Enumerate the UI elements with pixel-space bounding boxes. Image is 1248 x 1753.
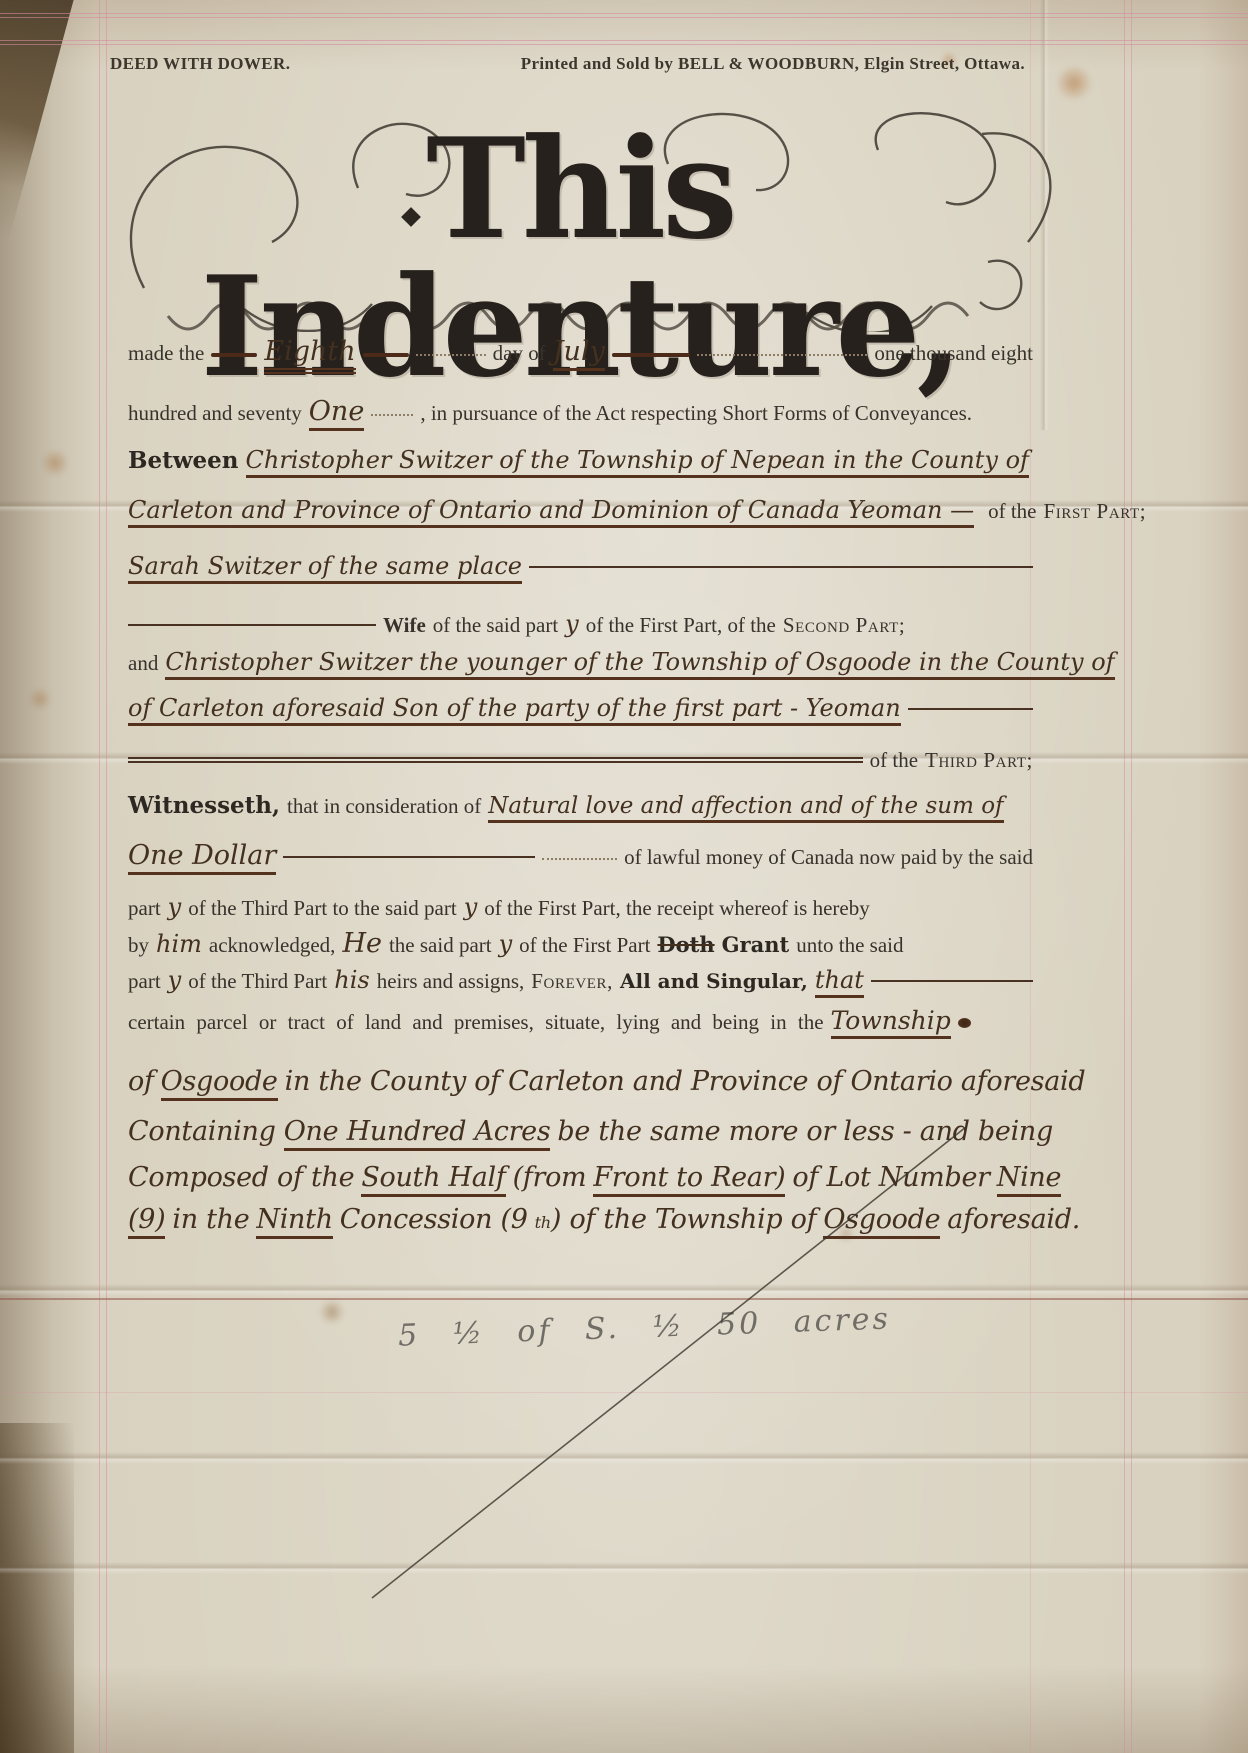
heirs-clause: heirs and assigns, xyxy=(377,969,525,994)
of-the-label: of the xyxy=(988,499,1036,524)
ink-rule xyxy=(283,854,535,858)
hw-more-or-less: be the same more or less - and being xyxy=(557,1116,1053,1147)
fold-crease xyxy=(0,1562,1248,1574)
form-type-label: DEED WITH DOWER. xyxy=(110,54,290,74)
lawful-money-clause: of lawful money of Canada now paid by th… xyxy=(624,845,1033,870)
fold-crease xyxy=(0,1452,1248,1464)
rust-stain xyxy=(318,1300,346,1324)
ruled-line-horizontal xyxy=(0,44,1248,45)
month-value: July xyxy=(553,336,605,371)
second-party-line: Sarah Switzer of the same place xyxy=(128,552,1040,584)
forever-label: Forever, xyxy=(531,969,613,994)
day-value: Eighth xyxy=(264,336,355,374)
witnesseth-line: Witnesseth, that in consideration of Nat… xyxy=(128,792,1040,823)
hw-containing: Containing xyxy=(128,1116,277,1147)
heirs-line: part y of the Third Part his heirs and a… xyxy=(128,966,1040,998)
title-block: This Indenture, xyxy=(108,92,1052,332)
fold-crease xyxy=(0,1284,1248,1296)
first-party-line-2: Carleton and Province of Ontario and Dom… xyxy=(128,496,1040,528)
ink-blot xyxy=(958,1018,971,1028)
handwritten-y: y xyxy=(464,893,478,921)
description-line-2: Containing One Hundred Acres be the same… xyxy=(128,1116,1060,1151)
ruled-line-vertical xyxy=(106,0,107,1753)
hw-one-hundred-acres: One Hundred Acres xyxy=(284,1116,551,1151)
handwritten-township: Township xyxy=(831,1006,951,1039)
part-label: part xyxy=(128,896,161,921)
ruled-line-vertical xyxy=(99,0,100,1753)
section-rule xyxy=(0,1298,1248,1300)
unto-clause: unto the said xyxy=(796,933,903,958)
rust-stain xyxy=(1054,66,1094,100)
receipt-line: part y of the Third Part to the said par… xyxy=(128,893,1040,921)
third-to-first-clause: of the Third Part to the said part xyxy=(188,896,456,921)
dotted-rule xyxy=(542,856,617,860)
all-singular-label: All and Singular, xyxy=(620,969,808,993)
third-party-line-1: and Christopher Switzer the younger of t… xyxy=(128,648,1040,680)
by-label: by xyxy=(128,933,149,958)
year-value: One xyxy=(309,396,365,431)
first-part-label: First Part; xyxy=(1044,499,1147,524)
first-party-residence: Carleton and Province of Ontario and Dom… xyxy=(128,496,974,528)
ruled-line-vertical xyxy=(1131,0,1132,1753)
handwritten-y: y xyxy=(499,930,513,958)
hw-lot-9: (9) xyxy=(128,1204,165,1239)
handwritten-him: him xyxy=(156,930,202,958)
grant-label: Grant xyxy=(722,932,790,957)
dotted-rule xyxy=(697,352,868,356)
receipt-clause: of the First Part, the receipt whereof i… xyxy=(484,896,869,921)
ruled-line-horizontal xyxy=(0,40,1248,41)
pencil-note: 5 ½ of S. ½ 50 acres xyxy=(398,1301,892,1353)
ink-rule xyxy=(908,706,1033,710)
and-label: and xyxy=(128,651,158,676)
hw-concession: Concession (9 xyxy=(340,1204,528,1235)
handwritten-y: y xyxy=(168,966,182,994)
hw-nine: Nine xyxy=(997,1162,1061,1197)
ink-dash xyxy=(211,353,257,357)
torn-corner-bottom-left xyxy=(0,1423,74,1753)
description-line-3: Composed of the South Half (from Front t… xyxy=(128,1162,1060,1197)
handwritten-y: y xyxy=(168,893,182,921)
deed-document-page: DEED WITH DOWER. Printed and Sold by BEL… xyxy=(0,0,1248,1753)
printer-imprint: Printed and Sold by BELL & WOODBURN, Elg… xyxy=(521,54,1025,74)
hw-osgoode: Osgoode xyxy=(161,1066,278,1101)
wife-line: Wife of the said part y of the First Par… xyxy=(128,610,1040,638)
hw-from: (from xyxy=(513,1162,587,1193)
amount-value: One Dollar xyxy=(128,840,276,875)
handwritten-he: He xyxy=(342,928,382,959)
third-part-label: Third Part; xyxy=(925,748,1033,773)
ink-rule xyxy=(529,564,1033,568)
hw-in-the: in the xyxy=(172,1204,249,1235)
hw-of-township: ) of the Township of xyxy=(551,1204,816,1235)
ruled-line-horizontal xyxy=(0,13,1248,14)
day-of-label: day of xyxy=(493,341,546,366)
hw-ninth: Ninth xyxy=(256,1204,332,1239)
hw-south-half: South Half xyxy=(361,1162,505,1197)
description-line-1: of Osgoode in the County of Carleton and… xyxy=(128,1066,1060,1101)
description-line-4: (9) in the Ninth Concession (9 th ) of t… xyxy=(128,1204,1060,1239)
third-party-description: of Carleton aforesaid Son of the party o… xyxy=(128,694,901,726)
ink-dash xyxy=(363,353,409,357)
said-part-clause: the said part xyxy=(389,933,492,958)
parcel-line: certain parcel or tract of land and prem… xyxy=(128,1006,1040,1039)
dotted-rule xyxy=(371,412,413,416)
third-part-line: of the Third Part; xyxy=(128,748,1040,773)
ruled-line-horizontal xyxy=(0,17,1248,18)
parcel-clause: certain parcel or tract of land and prem… xyxy=(128,1010,824,1035)
third-part-clause: of the Third Part xyxy=(188,969,327,994)
second-part-label: Second Part; xyxy=(783,613,905,638)
part-label: part xyxy=(128,969,161,994)
opening-tail: one thousand eight xyxy=(874,341,1033,366)
hw-aforesaid: aforesaid. xyxy=(947,1204,1080,1235)
wife-clause-1: of the said part xyxy=(433,613,558,638)
hw-th-superscript: th xyxy=(535,1213,551,1232)
first-part-clause: of the First Part xyxy=(519,933,650,958)
between-label: Between xyxy=(128,447,239,474)
doth-label: Doth xyxy=(657,932,714,957)
ruled-line-vertical xyxy=(1124,0,1125,1753)
between-line: Between Christopher Switzer of the Towns… xyxy=(128,446,1040,478)
first-party-name: Christopher Switzer of the Township of N… xyxy=(246,446,1029,478)
acknowledged-label: acknowledged, xyxy=(209,933,336,958)
hw-of: of xyxy=(128,1066,154,1097)
opening-line-2: hundred and seventy One , in pursuance o… xyxy=(128,396,1040,431)
dotted-rule xyxy=(416,352,486,356)
consideration-lead: that in consideration of xyxy=(287,794,481,819)
amount-line: One Dollar of lawful money of Canada now… xyxy=(128,840,1040,875)
double-ink-rule xyxy=(128,755,863,763)
consideration-value: Natural love and affection and of the su… xyxy=(488,793,1003,823)
pursuance-clause: , in pursuance of the Act respecting Sho… xyxy=(420,401,972,426)
acknowledged-line: by him acknowledged, He the said part y … xyxy=(128,928,1040,959)
hw-of-lot-number: of Lot Number xyxy=(792,1162,989,1193)
handwritten-that: that xyxy=(815,966,864,998)
handwritten-his: his xyxy=(334,966,369,994)
ink-rule xyxy=(128,622,376,626)
year-prefix: hundred and seventy xyxy=(128,401,302,426)
ruled-line-horizontal xyxy=(0,1392,1248,1393)
hw-composed: Composed of the xyxy=(128,1162,354,1193)
ink-dash xyxy=(612,353,690,357)
third-party-line-2: of Carleton aforesaid Son of the party o… xyxy=(128,694,1040,726)
third-party-name: Christopher Switzer the younger of the T… xyxy=(165,648,1114,680)
hw-osgoode-2: Osgoode xyxy=(823,1204,940,1239)
wife-label: Wife xyxy=(383,613,426,638)
made-the-label: made the xyxy=(128,341,204,366)
wife-clause-2: of the First Part, of the xyxy=(586,613,776,638)
opening-line-1: made the Eighth day of July one thousand… xyxy=(128,336,1040,374)
ink-rule xyxy=(871,978,1033,982)
of-the-label: of the xyxy=(870,748,918,773)
witnesseth-label: Witnesseth, xyxy=(128,792,280,819)
second-party-name: Sarah Switzer of the same place xyxy=(128,552,522,584)
handwritten-y: y xyxy=(565,610,579,638)
hw-county-province: in the County of Carleton and Province o… xyxy=(285,1066,1086,1097)
hw-front-to-rear: Front to Rear) xyxy=(593,1162,785,1197)
